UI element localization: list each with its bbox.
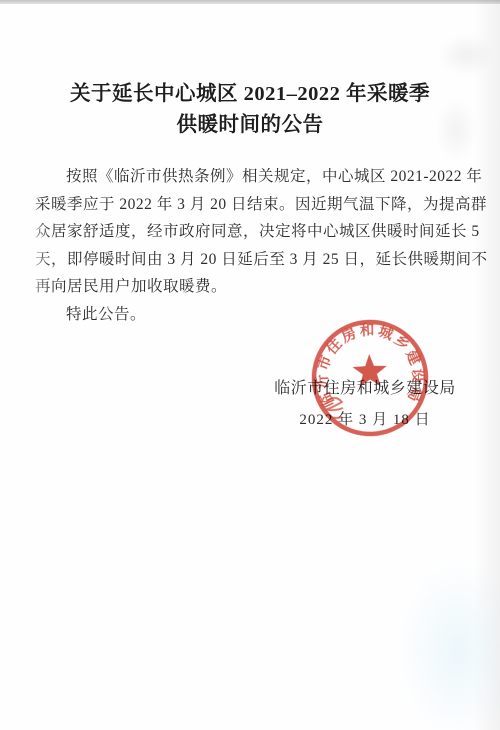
body-line-3: 众居家舒适度，经市政府同意，决定将中心城区供暖时间延长 5 — [35, 218, 466, 246]
body-line-2: 采暖季应于 2022 年 3 月 20 日结束。因近期气温下降，为提高群 — [35, 191, 466, 219]
body-line-4: 天，即停暖时间由 3 月 20 日延后至 3 月 25 日，延长供暖期间不 — [35, 246, 466, 274]
announcement-document: 关于延长中心城区 2021–2022 年采暖季 供暖时间的公告 按照《临沂市供热… — [0, 0, 500, 730]
document-body: 按照《临沂市供热条例》相关规定，中心城区 2021-2022 年 采暖季应于 2… — [35, 163, 466, 329]
star-icon — [352, 353, 387, 387]
document-title-line1: 关于延长中心城区 2021–2022 年采暖季 — [30, 79, 470, 110]
document-title: 关于延长中心城区 2021–2022 年采暖季 供暖时间的公告 — [30, 79, 470, 141]
document-title-line2: 供暖时间的公告 — [30, 110, 470, 141]
body-line-5: 再向居民用户加收取暖费。 — [35, 273, 466, 301]
scan-artifact-smudge-bottom-right — [360, 530, 500, 730]
scan-artifact-top-edge — [0, 0, 500, 4]
body-line-1: 按照《临沂市供热条例》相关规定，中心城区 2021-2022 年 — [35, 163, 466, 191]
official-seal: 临沂市住房和城乡建设局 — [298, 306, 443, 451]
